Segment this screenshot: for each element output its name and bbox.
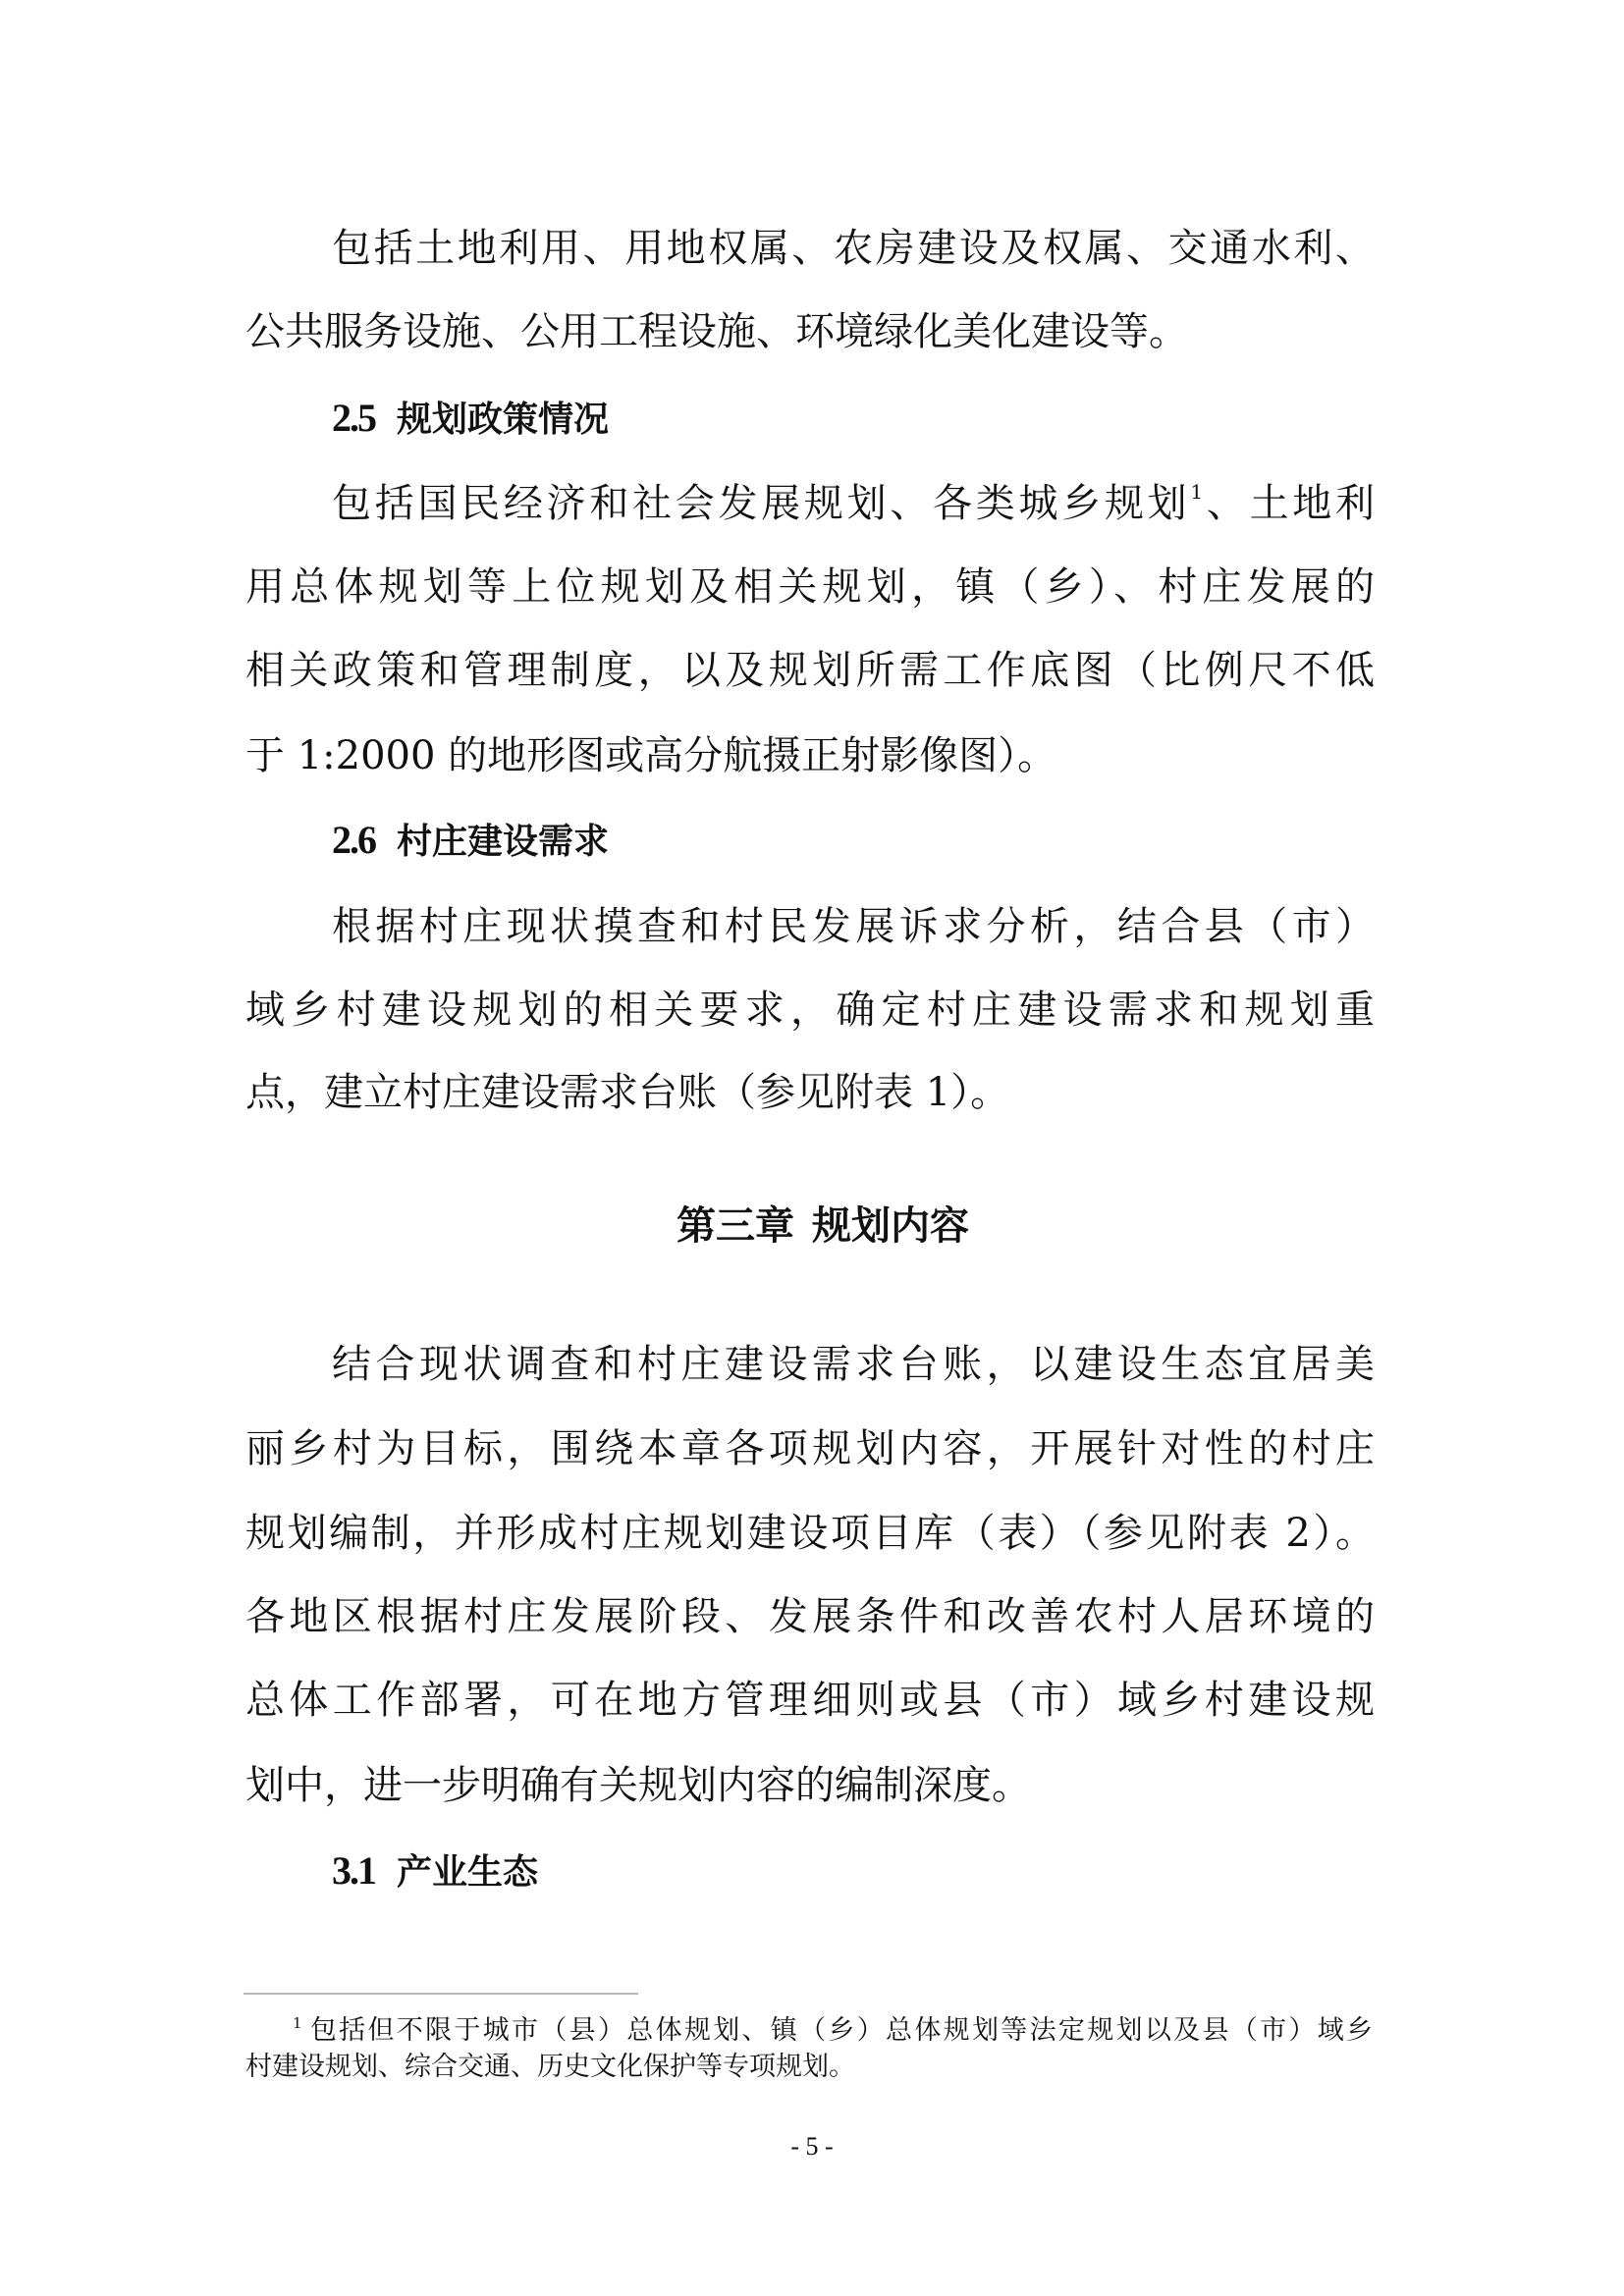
section-heading-3-1: 3.1产业生态	[332, 1849, 538, 1893]
section-title: 村庄建设需求	[397, 822, 609, 862]
body-line: 域乡村建设规划的相关要求，确定村庄建设需求和规划重	[245, 987, 1375, 1034]
body-line: 相关政策和管理制度，以及规划所需工作底图（比例尺不低	[245, 647, 1375, 694]
section-title: 规划政策情况	[397, 400, 609, 440]
body-line: 公共服务设施、公用工程设施、环境绿化美化建设等。	[245, 308, 1375, 355]
footnote-line: 1包括但不限于城市（县）总体规划、镇（乡）总体规划等法定规划以及县（市）域乡	[293, 2014, 1373, 2048]
section-heading-2-5: 2.5规划政策情况	[332, 397, 609, 440]
body-line: 包括土地利用、用地权属、农房建设及权属、交通水利、	[332, 225, 1375, 272]
body-line: 规划编制，并形成村庄规划建设项目库（表）（参见附表 2）。	[245, 1510, 1375, 1557]
footnote-reference[interactable]: 1	[1190, 480, 1203, 504]
body-line: 结合现状调查和村庄建设需求台账，以建设生态宜居美	[332, 1341, 1375, 1388]
document-page: 包括土地利用、用地权属、农房建设及权属、交通水利、 公共服务设施、公用工程设施、…	[0, 0, 1624, 2296]
chapter-name: 规划内容	[812, 1203, 969, 1249]
section-number: 3.1	[332, 1848, 375, 1893]
section-title: 产业生态	[397, 1852, 538, 1893]
section-number: 2.5	[332, 396, 375, 440]
footnote-text: 包括但不限于城市（县）总体规划、镇（乡）总体规划等法定规划以及县（市）域乡	[308, 2015, 1373, 2046]
body-line: 用总体规划等上位规划及相关规划，镇（乡）、村庄发展的	[245, 563, 1375, 611]
body-line: 各地区根据村庄发展阶段、发展条件和改善农村人居环境的	[245, 1593, 1375, 1640]
chapter-title: 第三章规划内容	[0, 1201, 1624, 1251]
chapter-label: 第三章	[677, 1203, 794, 1249]
page-number: - 5 -	[0, 2132, 1624, 2162]
body-line: 点，建立村庄建设需求台账（参见附表 1）。	[245, 1069, 1375, 1116]
body-line: 包括国民经济和社会发展规划、各类城乡规划1、土地利	[332, 480, 1375, 527]
body-text: 、土地利	[1203, 481, 1375, 526]
body-line: 划中，进一步明确有关规划内容的编制深度。	[245, 1762, 1375, 1809]
footnote-mark: 1	[293, 2014, 302, 2032]
body-text: 包括国民经济和社会发展规划、各类城乡规划	[332, 481, 1190, 526]
footnote-separator	[244, 1993, 638, 1995]
body-line: 总体工作部署，可在地方管理细则或县（市）域乡村建设规	[245, 1677, 1375, 1724]
body-line: 于 1:2000 的地形图或高分航摄正射影像图）。	[245, 732, 1375, 779]
section-heading-2-6: 2.6村庄建设需求	[332, 819, 609, 862]
footnote-line: 村建设规划、综合交通、历史文化保护等专项规划。	[245, 2051, 835, 2084]
body-line: 根据村庄现状摸查和村民发展诉求分析，结合县（市）	[332, 903, 1375, 950]
body-line: 丽乡村为目标，围绕本章各项规划内容，开展针对性的村庄	[245, 1425, 1375, 1472]
section-number: 2.6	[332, 818, 375, 862]
